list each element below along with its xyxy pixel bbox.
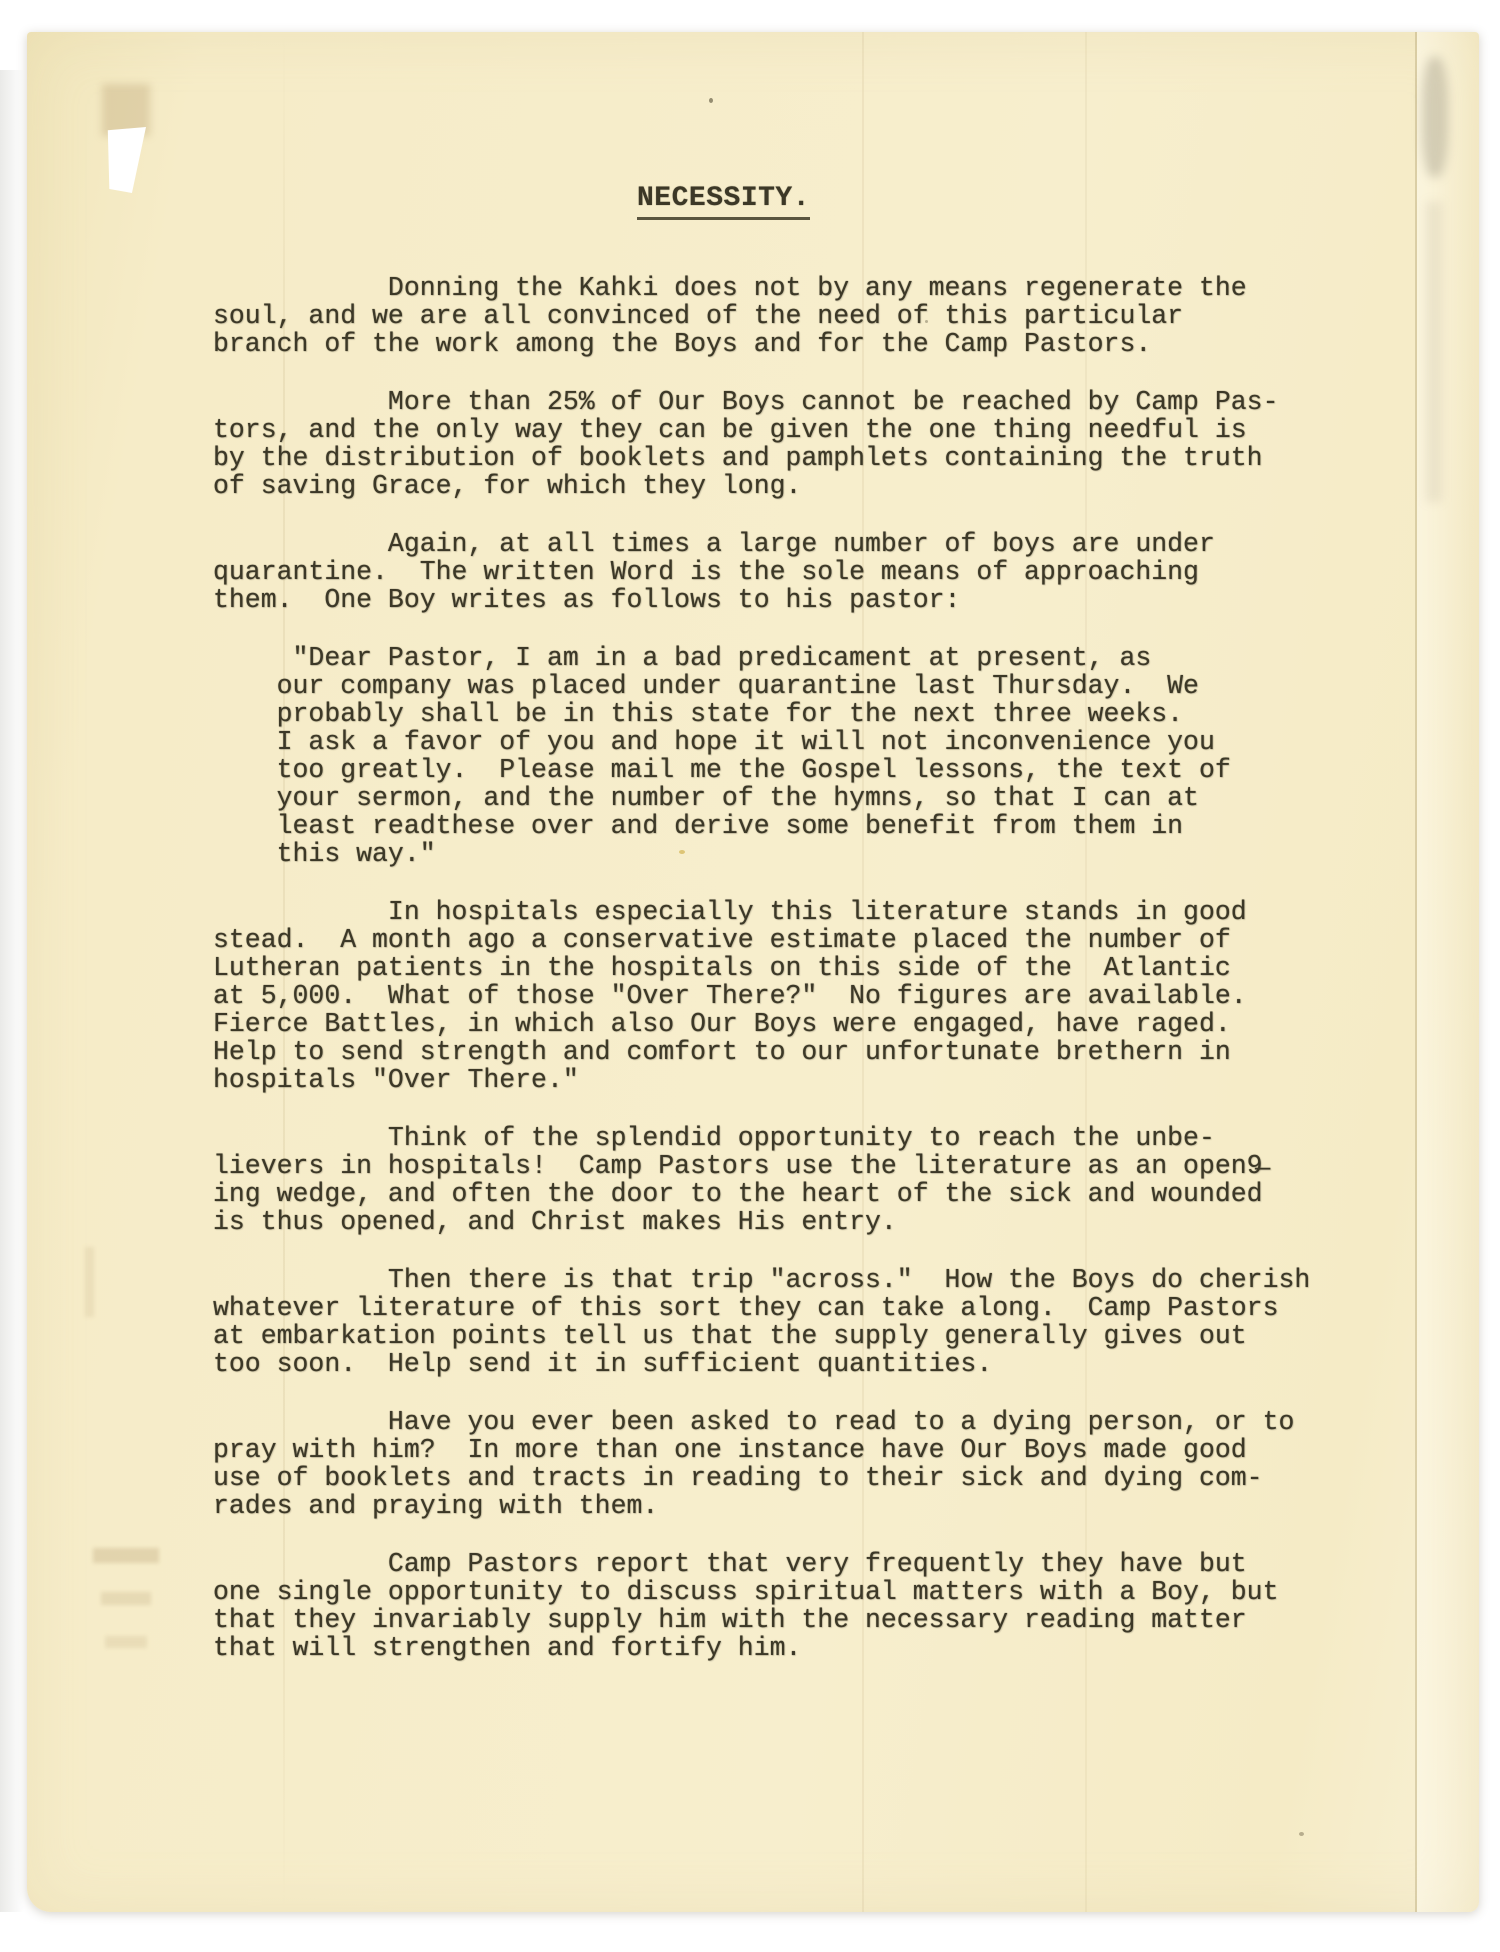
ghost-type-mark	[105, 1636, 147, 1648]
paragraph-donning-khaki: Donning the Kahki does not by any means …	[213, 274, 1393, 358]
scanner-edge-shadow	[0, 70, 24, 1912]
ghost-type-mark	[101, 1592, 151, 1605]
paragraph-quarantine: Again, at all times a large number of bo…	[213, 530, 1393, 614]
quoted-letter-dear-pastor: "Dear Pastor, I am in a bad predicament …	[213, 644, 1393, 868]
document-title: NECESSITY.	[637, 184, 810, 220]
paragraph-camp-pastors-report: Camp Pastors report that very frequently…	[213, 1550, 1393, 1662]
paragraph-opening-wedge: Think of the splendid opportunity to rea…	[213, 1124, 1393, 1236]
ghost-type-mark	[93, 1548, 159, 1563]
ink-speck	[709, 98, 713, 103]
ink-speck	[1299, 1832, 1304, 1836]
punch-hole	[107, 127, 146, 193]
typewritten-text-column: NECESSITY. Donning the Kahki does not by…	[213, 184, 1393, 1662]
paragraph-hospitals: In hospitals especially this literature …	[213, 898, 1393, 1094]
edge-smudge-lower	[1426, 202, 1442, 502]
paragraph-trip-across: Then there is that trip "across." How th…	[213, 1266, 1393, 1378]
paragraph-dying-person: Have you ever been asked to read to a dy…	[213, 1408, 1393, 1520]
edge-smudge	[1422, 57, 1448, 177]
ghost-type-mark	[85, 1247, 94, 1317]
paragraph-25-percent: More than 25% of Our Boys cannot be reac…	[213, 388, 1393, 500]
scanned-document-page: NECESSITY. Donning the Kahki does not by…	[27, 32, 1479, 1912]
